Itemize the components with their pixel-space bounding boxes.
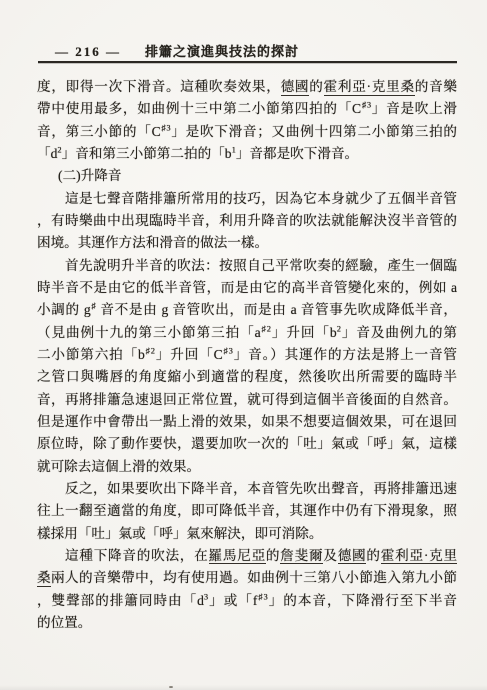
text-line: 原位時，除了動作要快，還要加吹一次的「吐」氣或「呼」氣，這樣	[37, 433, 457, 455]
scanned-page: — 216 —排簫之演進與技法的探討 度，即得一次下滑音。這種吹奏效果，德國的霍…	[0, 0, 487, 690]
note-superscript: 3	[204, 591, 208, 601]
note-superscript: ♯	[91, 301, 97, 311]
text-line: 音，第三小節的「C♯3」是吹下滑音；又曲例十四第二小節第三拍的	[37, 121, 457, 143]
header-rule	[38, 61, 457, 63]
body-text: 度，即得一次下滑音。這種吹奏效果，德國的霍利亞·克里桑的音樂帶中使用最多，如曲例…	[37, 76, 457, 634]
page-header: — 216 —排簫之演進與技法的探討	[55, 44, 457, 60]
text-line: 反之，如果要吹出下降半音，本音管先吹出聲音，再將排簫迅速	[37, 478, 457, 500]
music-note: f♯3	[253, 593, 268, 608]
text-line: 度，即得一次下滑音。這種吹奏效果，德國的霍利亞·克里桑的音樂	[37, 76, 457, 98]
proper-noun-underline: 德國	[338, 548, 367, 565]
music-note: C♯3	[214, 347, 233, 362]
music-note: C♯3	[152, 124, 171, 139]
text-line: 桑兩人的音樂帶中，均有使用過。如曲例十三第八小節進入第九小節	[37, 567, 457, 589]
text-line: ，有時樂曲中出現臨時半音，利用升降音的吹法就能解決沒半音管的	[37, 210, 457, 232]
note-superscript: 1	[232, 144, 236, 154]
text-line: 帶中使用最多，如曲例十三中第二小節第四拍的「C♯3」音是吹上滑	[37, 98, 457, 120]
music-note: a♯2	[255, 325, 271, 340]
text-line: 之管口與嘴唇的角度縮小到適當的程度，然後吹出所需要的臨時半	[37, 366, 457, 388]
note-superscript: ♯3	[361, 100, 371, 110]
text-line: 就可除去這個上滑的效果。	[37, 456, 457, 478]
note-superscript: ♯3	[257, 591, 267, 601]
text-line: 音，再將排簫急速退回正常位置，就可得到這個半音後面的自然音。	[37, 389, 457, 411]
proper-noun-underline: 霍利亞·克里	[381, 548, 457, 565]
music-note: b1	[225, 146, 236, 161]
note-superscript: ♯3	[223, 345, 233, 355]
scan-speck	[169, 686, 173, 688]
text-line: ，雙聲部的排簫同時由「d3」或「f♯3」的本音，下降滑行至下半音	[37, 590, 457, 612]
proper-noun-underline: 霍利亞·克里桑	[324, 79, 415, 96]
note-superscript: 2	[337, 323, 341, 333]
note-superscript: 2	[57, 144, 61, 154]
proper-noun-underline: 詹斐爾	[280, 548, 323, 565]
text-line: 困境。其運作方法和滑音的做法一樣。	[37, 232, 457, 254]
page-number: — 216 —	[55, 44, 121, 59]
text-line: 的位置。	[37, 612, 457, 634]
music-note: d2	[51, 146, 62, 161]
text-line: 這種下降音的吹法，在羅馬尼亞的詹斐爾及德國的霍利亞·克里	[37, 545, 457, 567]
text-line: 「d2」音和第三小節第二拍的「b1」音都是吹下滑音。	[37, 143, 457, 165]
music-note: g♯	[84, 302, 96, 317]
text-line: 時半音不是由它的低半音管，而是由它的高半音管變化來的，例如 a	[37, 277, 457, 299]
note-superscript: ♯2	[261, 323, 271, 333]
music-note: d3	[197, 593, 208, 608]
note-superscript: ♯3	[161, 122, 171, 132]
proper-noun-underline: 羅馬尼亞	[209, 548, 266, 565]
text-line: （見曲例十九的第三小節第三拍「a♯2」升回「b2」音及曲例九的第	[37, 322, 457, 344]
text-line: 小調的 g♯ 音不是由 g 音管吹出，而是由 a 音管事先吹成降低半音，	[37, 299, 457, 321]
running-title: 排簫之演進與技法的探討	[145, 44, 299, 59]
text-line: 往上一翻至適當的角度，即可降低半音，其運作中仍有下滑現象，照	[37, 500, 457, 522]
text-line: 樣採用「吐」氣或「呼」氣來解決，即可消除。	[37, 523, 457, 545]
section-heading: (二)升降音	[37, 165, 457, 187]
music-note: b2	[330, 325, 341, 340]
text-line: 但是運作中會帶出一點上滑的效果，如果不想要這個效果，可在退回	[37, 411, 457, 433]
text-line: 首先說明升半音的吹法：按照自己平常吹奏的經驗，產生一個臨	[37, 255, 457, 277]
note-superscript: ♯2	[145, 345, 155, 355]
proper-noun-underline: 德國	[281, 79, 310, 96]
text-line: 這是七聲音階排簫所常用的技巧，因為它本身就少了五個半音管	[37, 188, 457, 210]
text-line: 二小節第六拍「b♯2」升回「C♯3」音。）其運作的方法是將上一音管	[37, 344, 457, 366]
music-note: C♯3	[352, 101, 371, 116]
proper-noun-underline: 桑	[37, 570, 51, 587]
music-note: b♯2	[138, 347, 155, 362]
